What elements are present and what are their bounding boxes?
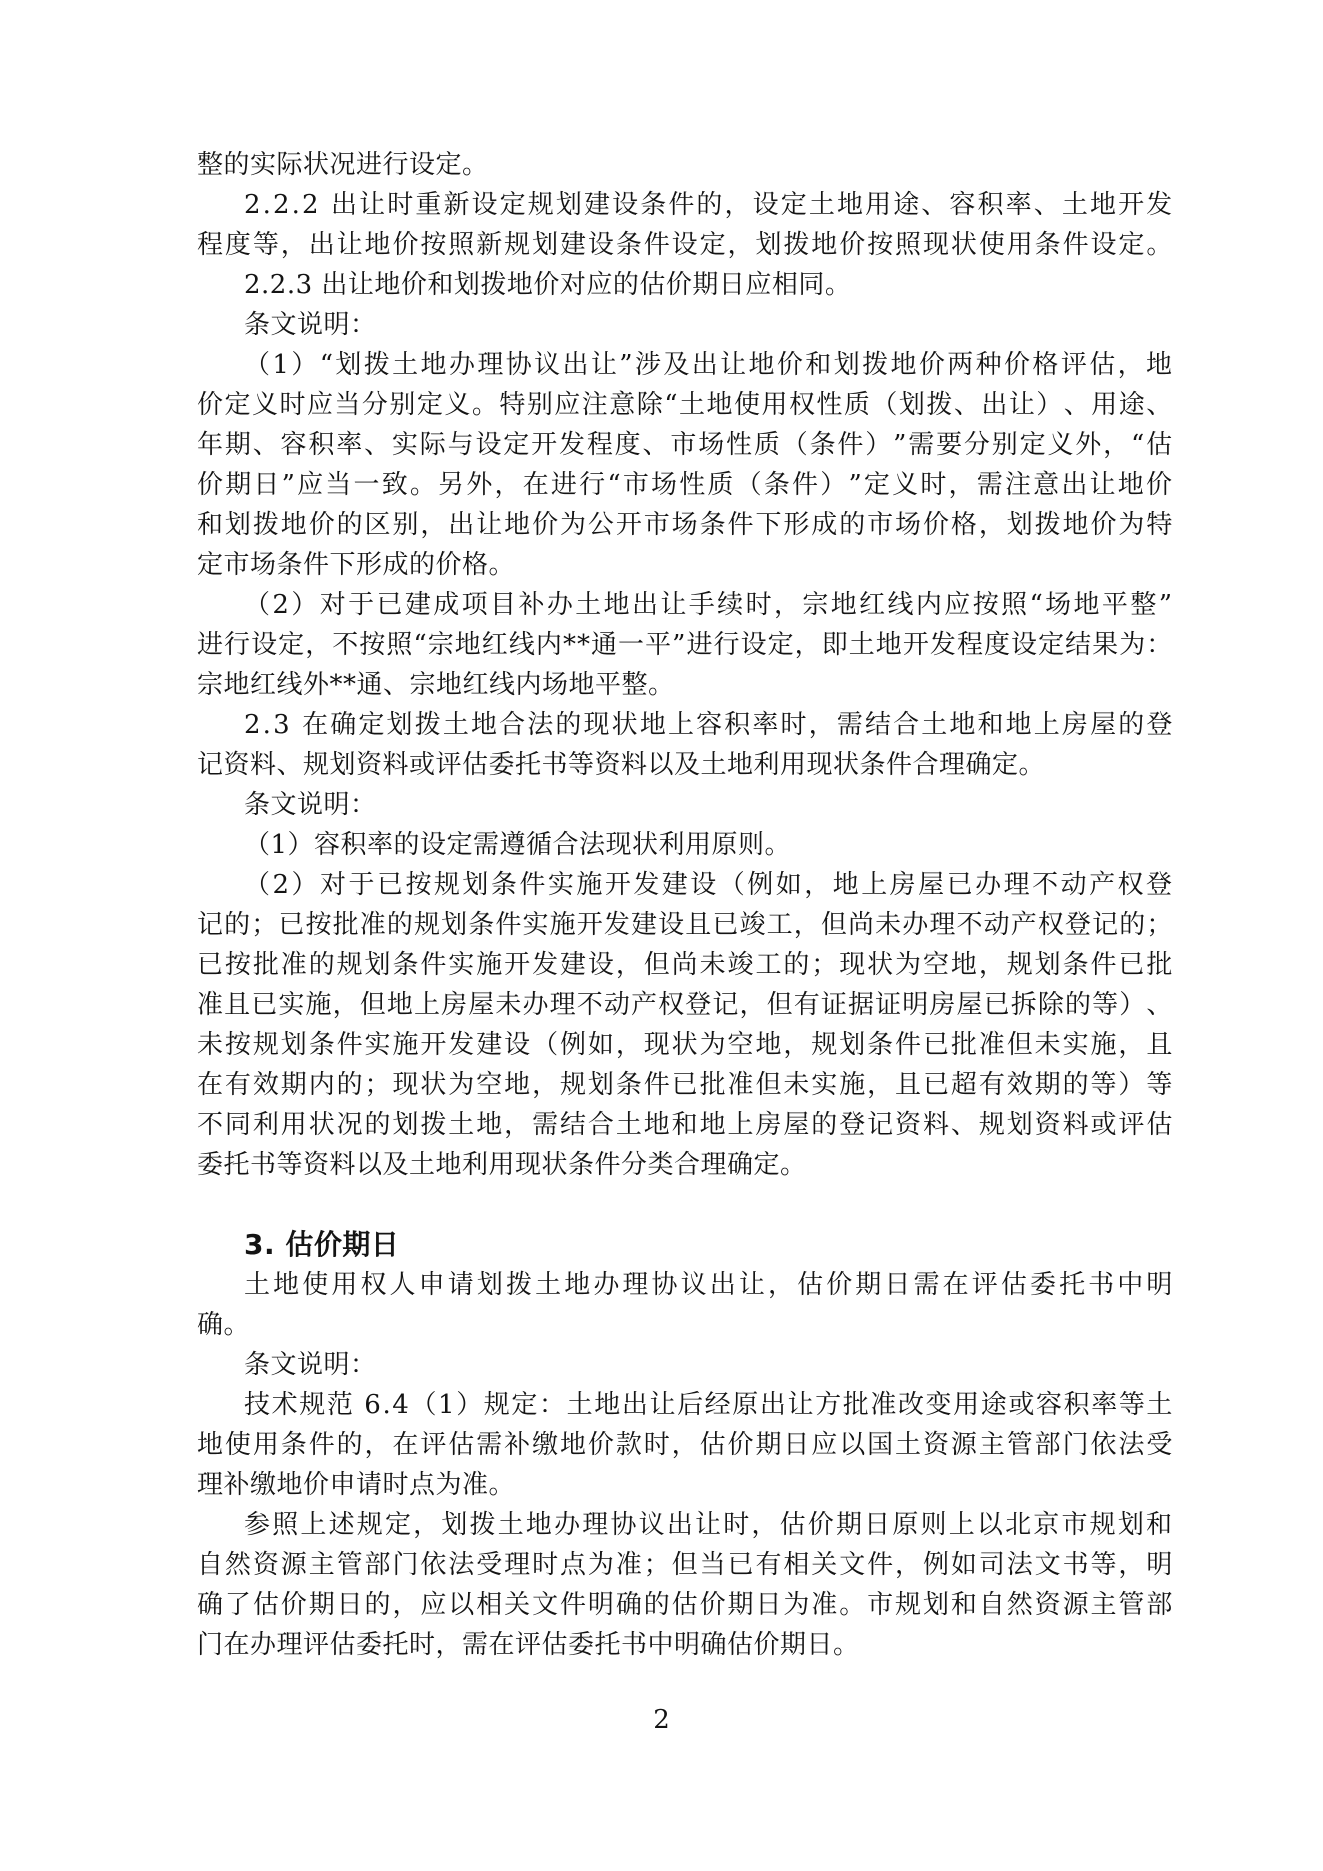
document-page: 整的实际状况进行设定。2.2.2 出让时重新设定规划建设条件的，设定土地用途、容… bbox=[0, 0, 1323, 1871]
text-line: 准且已实施，但地上房屋未办理不动产权登记，但有证据证明房屋已拆除的等）、 bbox=[197, 985, 1173, 1025]
text-line: 不同利用状况的划拨土地，需结合土地和地上房屋的登记资料、规划资料或评估 bbox=[197, 1105, 1173, 1145]
text-line: 理补缴地价申请时点为准。 bbox=[197, 1465, 1173, 1505]
text-line: 进行设定，不按照“宗地红线内**通一平”进行设定，即土地开发程度设定结果为： bbox=[197, 625, 1173, 665]
blank-line bbox=[197, 1185, 1173, 1225]
text-line: 确。 bbox=[197, 1305, 1173, 1345]
text-line: 价期日”应当一致。另外，在进行“市场性质（条件）”定义时，需注意出让地价 bbox=[197, 465, 1173, 505]
text-line: 和划拨地价的区别，出让地价为公开市场条件下形成的市场价格，划拨地价为特 bbox=[197, 505, 1173, 545]
text-line: 记的；已按批准的规划条件实施开发建设且已竣工，但尚未办理不动产权登记的； bbox=[197, 905, 1173, 945]
page-number: 2 bbox=[653, 1705, 670, 1735]
text-line: 确了估价期日的，应以相关文件明确的估价期日为准。市规划和自然资源主管部 bbox=[197, 1585, 1173, 1625]
text-line: 自然资源主管部门依法受理时点为准；但当已有相关文件，例如司法文书等，明 bbox=[197, 1545, 1173, 1585]
text-line: 未按规划条件实施开发建设（例如，现状为空地，规划条件已批准但未实施，且 bbox=[197, 1025, 1173, 1065]
text-line: 记资料、规划资料或评估委托书等资料以及土地利用现状条件合理确定。 bbox=[197, 745, 1173, 785]
text-line: 门在办理评估委托时，需在评估委托书中明确估价期日。 bbox=[197, 1625, 1173, 1665]
text-line: 2.2.2 出让时重新设定规划建设条件的，设定土地用途、容积率、土地开发 bbox=[197, 185, 1173, 225]
text-line: 技术规范 6.4（1）规定：土地出让后经原出让方批准改变用途或容积率等土 bbox=[197, 1385, 1173, 1425]
text-line: 年期、容积率、实际与设定开发程度、市场性质（条件）”需要分别定义外，“估 bbox=[197, 425, 1173, 465]
text-line: 条文说明： bbox=[197, 305, 1173, 345]
text-line: 参照上述规定，划拨土地办理协议出让时，估价期日原则上以北京市规划和 bbox=[197, 1505, 1173, 1545]
page-footer: 2 bbox=[0, 1700, 1323, 1740]
text-line: 程度等，出让地价按照新规划建设条件设定，划拨地价按照现状使用条件设定。 bbox=[197, 225, 1173, 265]
text-line: （1）容积率的设定需遵循合法现状利用原则。 bbox=[197, 825, 1173, 865]
text-line: 条文说明： bbox=[197, 785, 1173, 825]
text-line: 土地使用权人申请划拨土地办理协议出让，估价期日需在评估委托书中明 bbox=[197, 1265, 1173, 1305]
text-line: （2）对于已建成项目补办土地出让手续时，宗地红线内应按照“场地平整” bbox=[197, 585, 1173, 625]
text-line: 条文说明： bbox=[197, 1345, 1173, 1385]
text-line: 定市场条件下形成的价格。 bbox=[197, 545, 1173, 585]
text-line: 2.3 在确定划拨土地合法的现状地上容积率时，需结合土地和地上房屋的登 bbox=[197, 705, 1173, 745]
text-line: 已按批准的规划条件实施开发建设，但尚未竣工的；现状为空地，规划条件已批 bbox=[197, 945, 1173, 985]
text-line: 在有效期内的；现状为空地，规划条件已批准但未实施，且已超有效期的等）等 bbox=[197, 1065, 1173, 1105]
text-line: 委托书等资料以及土地利用现状条件分类合理确定。 bbox=[197, 1145, 1173, 1185]
document-body: 整的实际状况进行设定。2.2.2 出让时重新设定规划建设条件的，设定土地用途、容… bbox=[197, 145, 1173, 1665]
text-line: 价定义时应当分别定义。特别应注意除“土地使用权性质（划拨、出让）、用途、 bbox=[197, 385, 1173, 425]
text-line: 宗地红线外**通、宗地红线内场地平整。 bbox=[197, 665, 1173, 705]
text-line: 2.2.3 出让地价和划拨地价对应的估价期日应相同。 bbox=[197, 265, 1173, 305]
text-line: （1）“划拨土地办理协议出让”涉及出让地价和划拨地价两种价格评估，地 bbox=[197, 345, 1173, 385]
text-line: 地使用条件的，在评估需补缴地价款时，估价期日应以国土资源主管部门依法受 bbox=[197, 1425, 1173, 1465]
section-heading: 3. 估价期日 bbox=[197, 1225, 1173, 1265]
text-line: 整的实际状况进行设定。 bbox=[197, 145, 1173, 185]
text-line: （2）对于已按规划条件实施开发建设（例如，地上房屋已办理不动产权登 bbox=[197, 865, 1173, 905]
